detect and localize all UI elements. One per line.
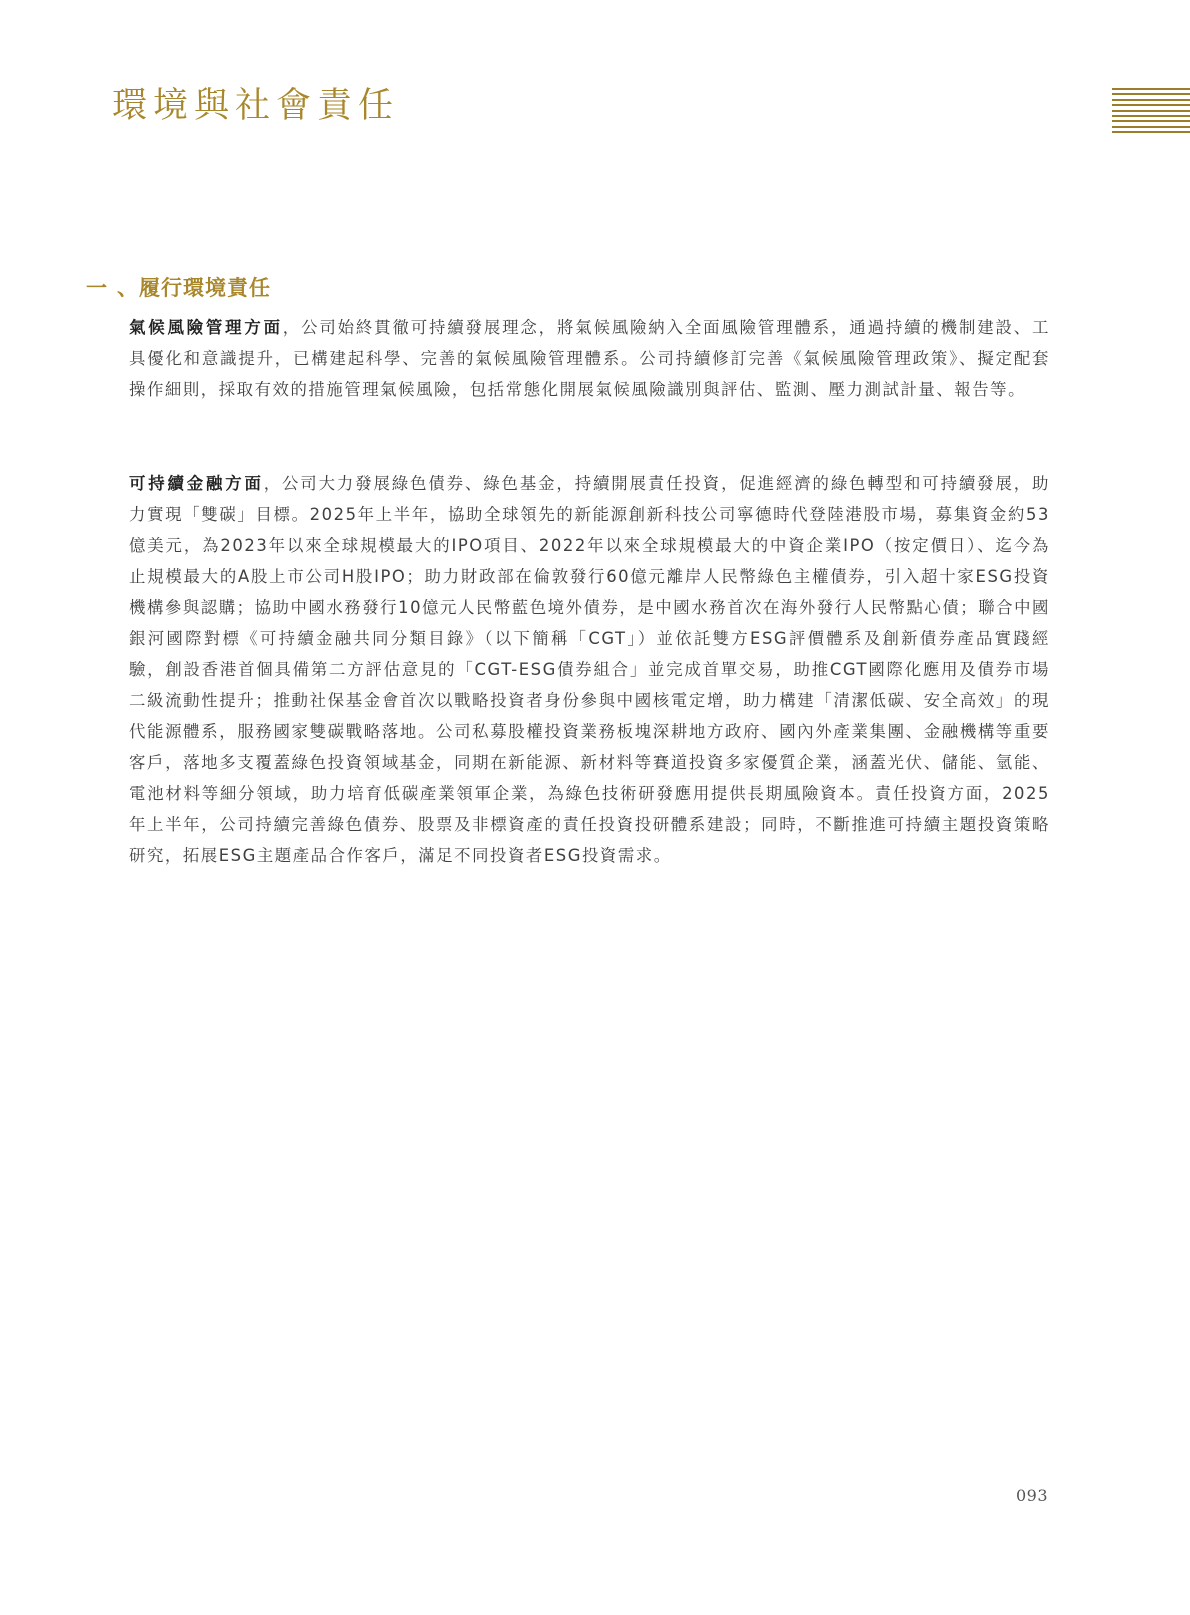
deco-line [1112, 104, 1190, 106]
paragraph-body: ，公司大力發展綠色債券、綠色基金，持續開展責任投資，促進經濟的綠色轉型和可持續發… [129, 474, 1050, 865]
paragraph-lead: 可持續金融方面 [129, 474, 264, 493]
deco-line [1112, 88, 1190, 90]
paragraph-sustainable-finance: 可持續金融方面，公司大力發展綠色債券、綠色基金，持續開展責任投資，促進經濟的綠色… [129, 468, 1050, 871]
page-title: 環境與社會責任 [112, 84, 399, 128]
deco-line [1112, 126, 1190, 128]
section-heading: 一、履行環境責任 [86, 273, 271, 303]
deco-line [1112, 99, 1190, 101]
deco-line [1112, 110, 1190, 112]
deco-line [1112, 115, 1190, 117]
deco-line [1112, 120, 1190, 122]
section-number: 一 [86, 276, 113, 300]
page-number: 093 [1016, 1486, 1048, 1505]
paragraph-lead: 氣候風險管理方面 [129, 318, 283, 337]
decorative-lines-icon [1112, 88, 1190, 134]
deco-line [1112, 93, 1190, 95]
deco-line [1112, 131, 1190, 133]
paragraph-climate-risk: 氣候風險管理方面，公司始終貫徹可持續發展理念，將氣候風險納入全面風險管理體系，通… [129, 312, 1050, 405]
section-heading-text: 履行環境責任 [139, 276, 271, 300]
section-separator: 、 [117, 276, 139, 300]
